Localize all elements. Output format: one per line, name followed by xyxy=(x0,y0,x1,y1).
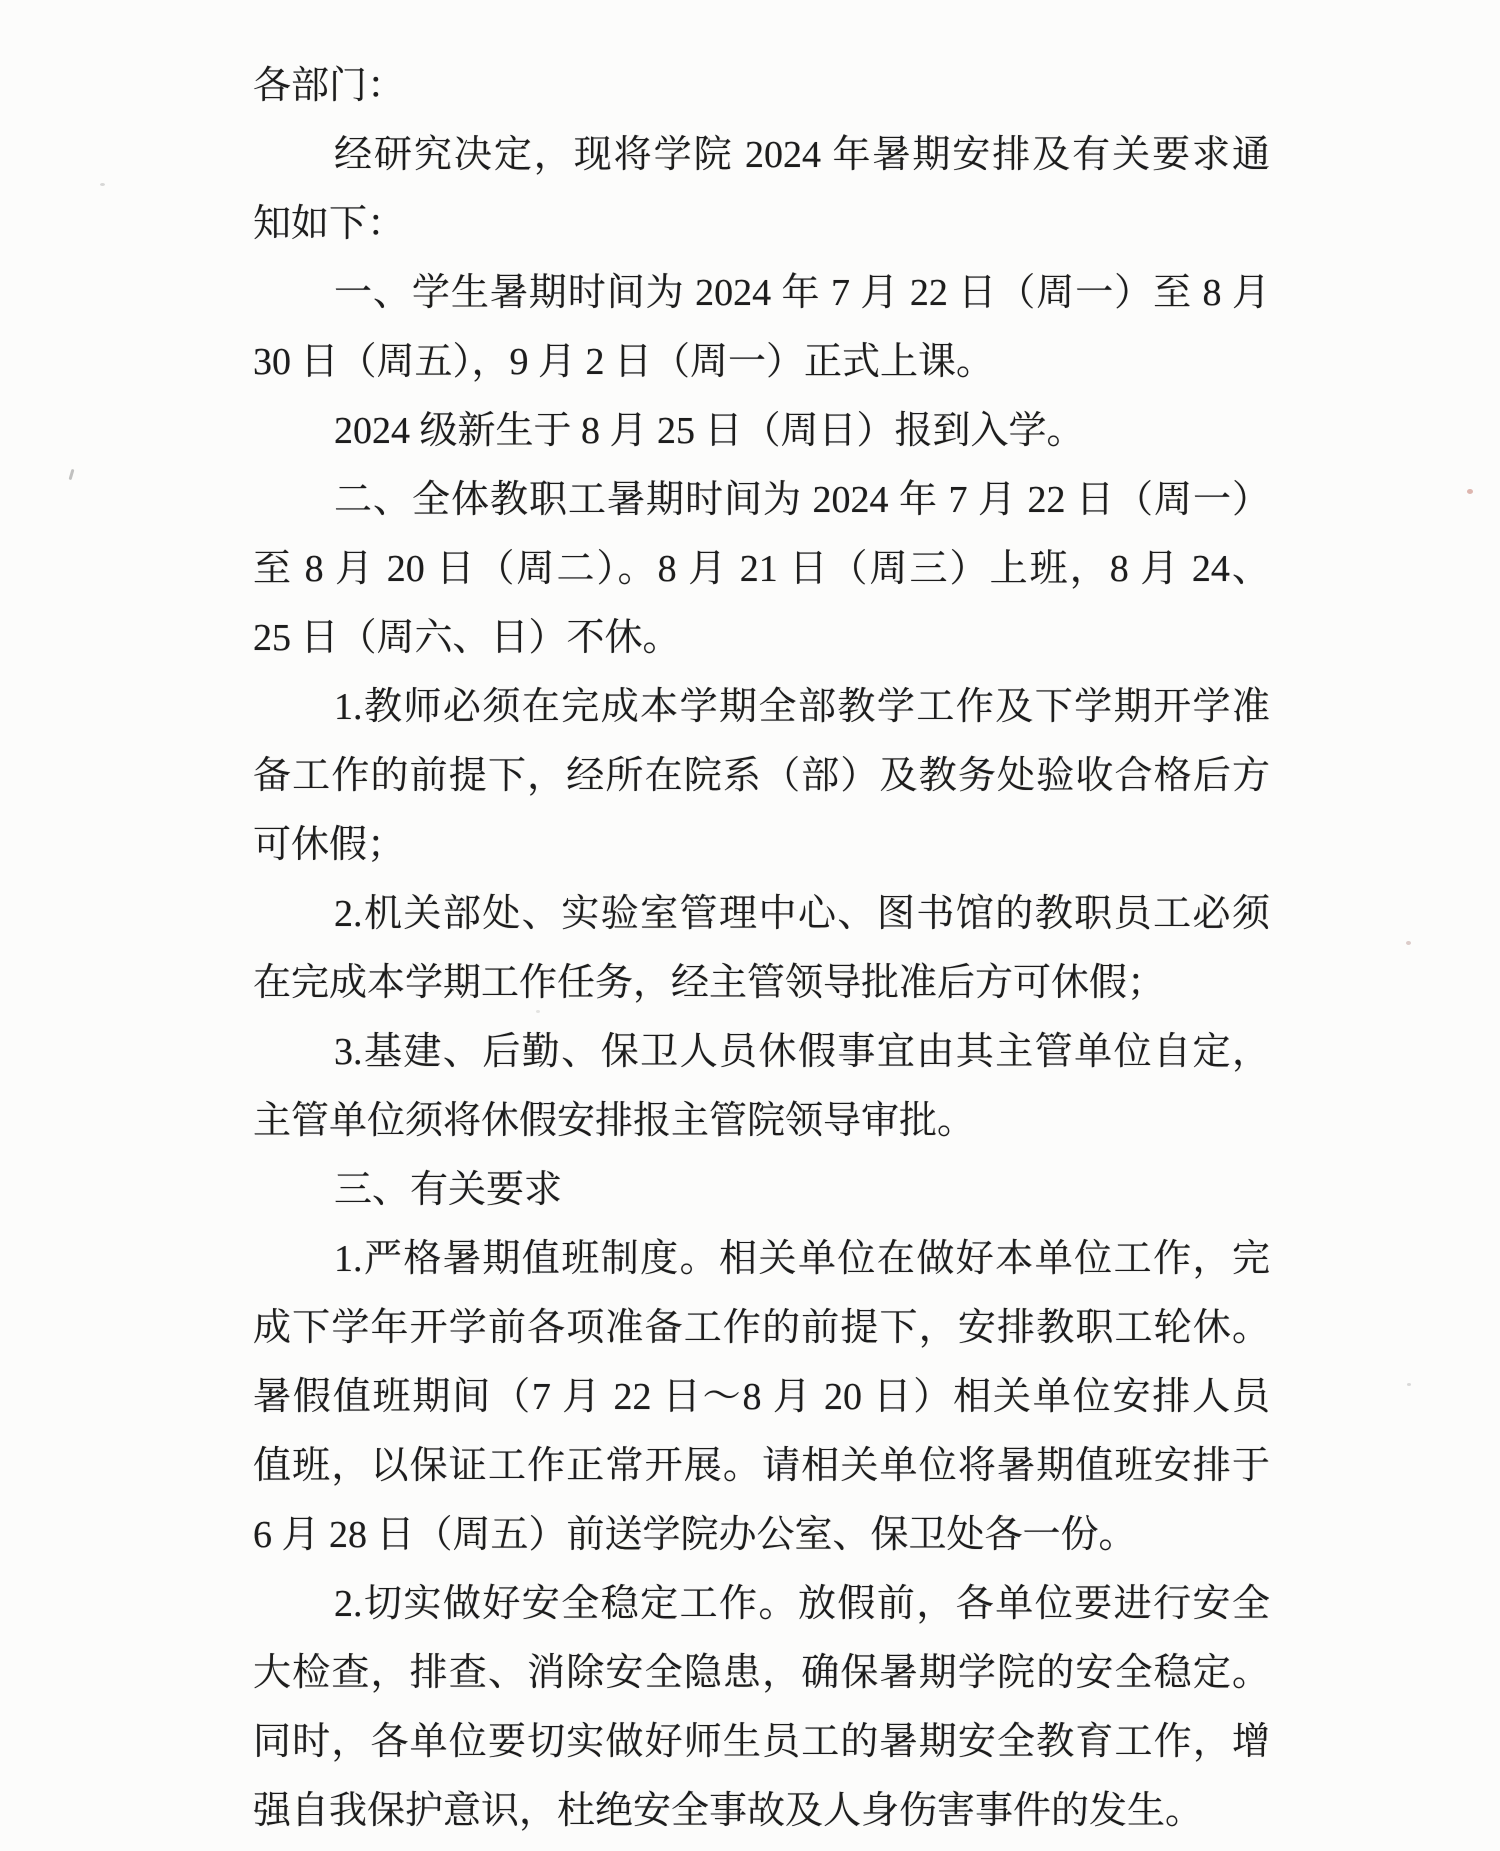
notice-line: 30 日（周五），9 月 2 日（周一）正式上课。 xyxy=(253,328,1270,397)
notice-line: 三、有关要求 xyxy=(253,1156,1270,1225)
notice-line: 6 月 28 日（周五）前送学院办公室、保卫处各一份。 xyxy=(253,1501,1270,1570)
notice-line: 强自我保护意识，杜绝安全事故及人身伤害事件的发生。 xyxy=(253,1777,1270,1846)
scan-speck xyxy=(100,183,105,186)
notice-line: 成下学年开学前各项准备工作的前提下，安排教职工轮休。 xyxy=(253,1294,1270,1363)
scan-speck xyxy=(69,469,75,480)
scan-speck xyxy=(1406,941,1411,945)
scan-speck xyxy=(536,1010,540,1013)
scan-speck xyxy=(1467,489,1473,494)
salutation-line: 各部门： xyxy=(253,52,1270,121)
notice-line: 经研究决定，现将学院 2024 年暑期安排及有关要求通 xyxy=(253,121,1270,190)
scan-speck xyxy=(1407,1383,1411,1386)
notice-line: 1.教师必须在完成本学期全部教学工作及下学期开学准 xyxy=(253,673,1270,742)
notice-line: 至 8 月 20 日（周二）。8 月 21 日（周三）上班，8 月 24、 xyxy=(253,535,1270,604)
notice-line: 主管单位须将休假安排报主管院领导审批。 xyxy=(253,1087,1270,1156)
notice-line: 同时，各单位要切实做好师生员工的暑期安全教育工作，增 xyxy=(253,1708,1270,1777)
notice-line: 值班，以保证工作正常开展。请相关单位将暑期值班安排于 xyxy=(253,1432,1270,1501)
notice-line: 2024 级新生于 8 月 25 日（周日）报到入学。 xyxy=(253,397,1270,466)
notice-line: 备工作的前提下，经所在院系（部）及教务处验收合格后方 xyxy=(253,742,1270,811)
scanned-document: { "page": { "background": "#fcfcfb", "in… xyxy=(0,0,1500,1851)
notice-line: 在完成本学期工作任务，经主管领导批准后方可休假； xyxy=(253,949,1270,1018)
notice-line: 3.基建、后勤、保卫人员休假事宜由其主管单位自定， xyxy=(253,1018,1270,1087)
document-page: 各部门： 经研究决定，现将学院 2024 年暑期安排及有关要求通 知如下： 一、… xyxy=(0,0,1500,1851)
notice-line: 2.机关部处、实验室管理中心、图书馆的教职员工必须 xyxy=(253,880,1270,949)
notice-line: 一、学生暑期时间为 2024 年 7 月 22 日（周一）至 8 月 xyxy=(253,259,1270,328)
notice-line: 可休假； xyxy=(253,811,1270,880)
notice-line: 大检查，排查、消除安全隐患，确保暑期学院的安全稳定。 xyxy=(253,1639,1270,1708)
notice-line: 知如下： xyxy=(253,190,1270,259)
notice-body: 各部门： 经研究决定，现将学院 2024 年暑期安排及有关要求通 知如下： 一、… xyxy=(253,52,1270,1846)
notice-line: 25 日（周六、日）不休。 xyxy=(253,604,1270,673)
notice-line: 2.切实做好安全稳定工作。放假前，各单位要进行安全 xyxy=(253,1570,1270,1639)
notice-line: 二、全体教职工暑期时间为 2024 年 7 月 22 日（周一） xyxy=(253,466,1270,535)
notice-line: 暑假值班期间（7 月 22 日～8 月 20 日）相关单位安排人员 xyxy=(253,1363,1270,1432)
notice-line: 1.严格暑期值班制度。相关单位在做好本单位工作，完 xyxy=(253,1225,1270,1294)
